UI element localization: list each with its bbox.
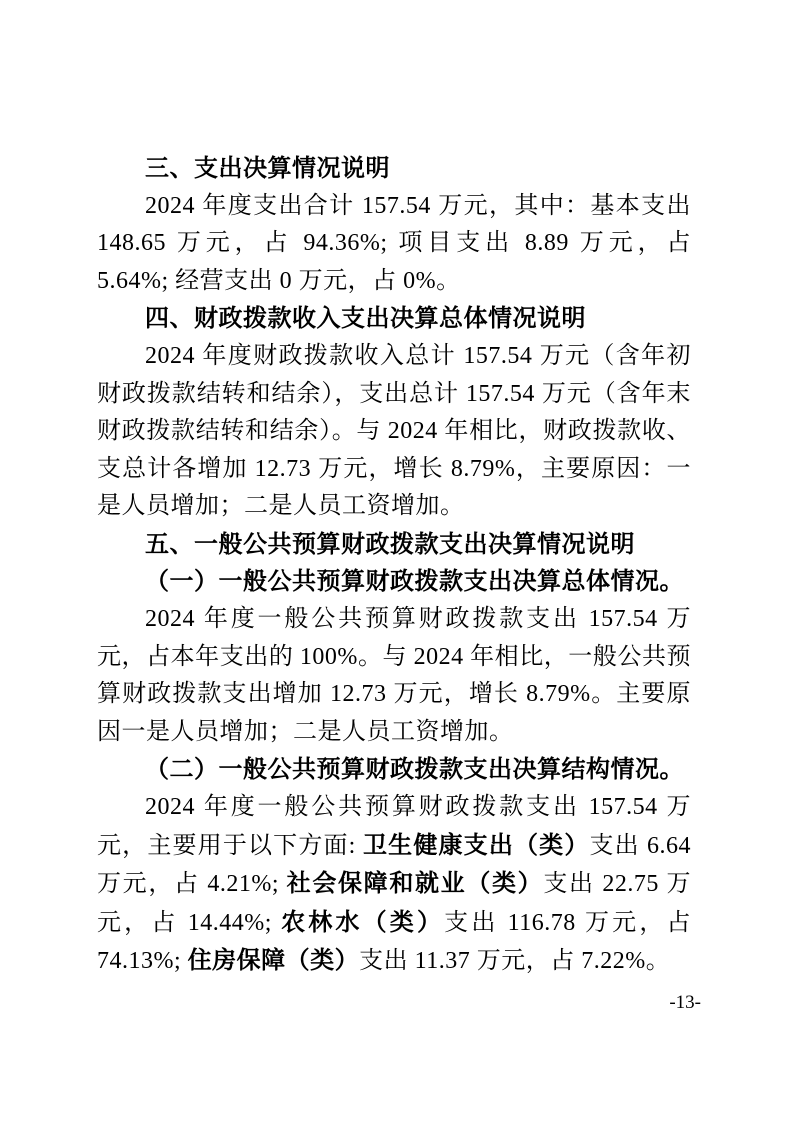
section-heading-fiscal-total: 四、财政拨款收入支出决算总体情况说明 — [97, 300, 691, 338]
section-heading-expenditure: 三、支出决算情况说明 — [97, 150, 691, 188]
subsection-heading-overall: （一）一般公共预算财政拨款支出决算总体情况。 — [97, 564, 691, 602]
text-segment-category-health: 卫生健康支出（类） — [363, 832, 590, 859]
paragraph-expenditure: 2024 年度支出合计 157.54 万元，其中：基本支出 148.65 万元，… — [97, 188, 691, 301]
page-number: -13- — [669, 992, 701, 1014]
paragraph-structure: 2024 年度一般公共预算财政拨款支出 157.54 万元，主要用于以下方面: … — [97, 789, 691, 981]
subsection-heading-structure: （二）一般公共预算财政拨款支出决算结构情况。 — [97, 752, 691, 790]
text-segment-category-housing: 住房保障（类） — [188, 947, 360, 974]
paragraph-fiscal-total: 2024 年度财政拨款收入总计 157.54 万元（含年初财政拨款结转和结余），… — [97, 338, 691, 526]
document-body: 三、支出决算情况说明 2024 年度支出合计 157.54 万元，其中：基本支出… — [97, 150, 691, 981]
text-segment: 支出 11.37 万元，占 7.22%。 — [359, 948, 670, 974]
section-heading-general-budget: 五、一般公共预算财政拨款支出决算情况说明 — [97, 526, 691, 564]
paragraph-overall: 2024 年度一般公共预算财政拨款支出 157.54 万元，占本年支出的 100… — [97, 601, 691, 751]
document-page: 三、支出决算情况说明 2024 年度支出合计 157.54 万元，其中：基本支出… — [0, 0, 793, 1122]
text-segment-category-agriculture: 农林水（类） — [281, 909, 444, 936]
text-segment-category-social-security: 社会保障和就业（类） — [287, 870, 544, 897]
